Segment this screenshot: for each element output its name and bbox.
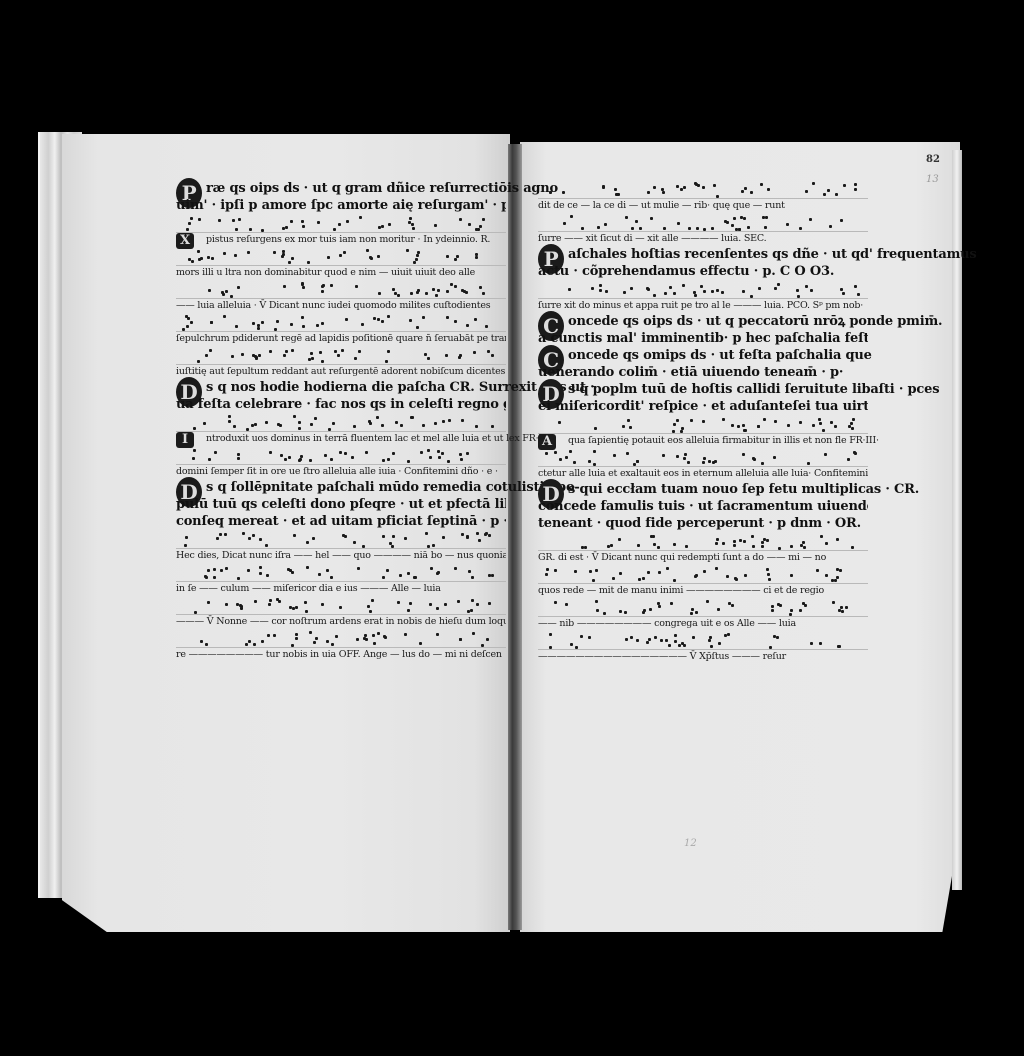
neume-mark [214, 451, 217, 454]
neume-mark [466, 324, 469, 327]
neume-mark [290, 323, 293, 326]
neume-mark [291, 257, 294, 260]
neume-mark [549, 646, 552, 649]
neume-mark [681, 427, 684, 430]
neume-mark [847, 458, 850, 461]
neume-mark [762, 216, 765, 219]
neume-mark [345, 318, 348, 321]
neume-mark [346, 220, 349, 223]
neume-mark [619, 572, 622, 575]
neume-mark [750, 191, 753, 194]
right-page-text: dit de ce — la ce di — ut mulie — rib· q… [538, 180, 868, 664]
neume-mark [660, 639, 663, 642]
neume-mark [185, 536, 188, 539]
neume-mark [700, 285, 703, 288]
neume-mark [676, 185, 679, 188]
neume-mark [448, 419, 451, 422]
neume-mark [774, 420, 777, 423]
neume-mark [812, 424, 815, 427]
neume-mark [625, 216, 628, 219]
neume-mark [477, 228, 480, 231]
neume-mark [491, 574, 494, 577]
neume-mark [570, 643, 573, 646]
neume-mark [289, 569, 292, 572]
neume-mark [190, 321, 193, 324]
neume-mark [430, 567, 433, 570]
neume-mark [378, 226, 381, 229]
neume-mark [424, 353, 427, 356]
neume-mark [716, 538, 719, 541]
neume-mark [274, 328, 277, 331]
neume-mark [589, 570, 592, 573]
neume-mark [429, 456, 432, 459]
neume-mark [595, 600, 598, 603]
chant-text-line: ſurre —— xit ſicut di — xit alle ———— lu… [538, 232, 868, 246]
neume-mark [694, 575, 697, 578]
neume-mark [312, 537, 315, 540]
neume-staff [538, 213, 868, 232]
neume-mark [436, 572, 439, 575]
neume-mark [237, 286, 240, 289]
neume-mark [269, 451, 272, 454]
neume-mark [841, 610, 844, 613]
neume-mark [554, 569, 557, 572]
neume-mark [436, 607, 439, 610]
neume-mark [317, 221, 320, 224]
neume-mark [298, 427, 301, 430]
neume-mark [789, 613, 792, 616]
neume-mark [702, 461, 705, 464]
neume-staff [176, 247, 506, 266]
neume-mark [409, 319, 412, 322]
neume-mark [481, 644, 484, 647]
neume-mark [816, 569, 819, 572]
neume-mark [836, 538, 839, 541]
neume-mark [188, 222, 191, 225]
neume-mark [321, 290, 324, 293]
prayer-text-line: ei miſericordit' reſpice · et aduſanteſe… [538, 398, 868, 415]
neume-mark [646, 287, 649, 290]
neume-mark [411, 223, 414, 226]
neume-mark [584, 546, 587, 549]
neume-mark [635, 220, 638, 223]
neume-mark [209, 349, 212, 352]
neume-mark [683, 186, 686, 189]
neume-mark [245, 643, 248, 646]
neume-mark [622, 425, 625, 428]
neume-mark [248, 640, 251, 643]
neume-mark [269, 350, 272, 353]
neume-mark [484, 533, 487, 536]
neume-mark [682, 284, 685, 287]
neume-mark [283, 354, 286, 357]
neume-mark [834, 579, 837, 582]
neume-mark [331, 643, 334, 646]
neume-mark [763, 538, 766, 541]
neume-staff [538, 415, 868, 434]
neume-mark [568, 288, 571, 291]
neume-mark [302, 325, 305, 328]
neume-mark [237, 577, 240, 580]
neume-mark [851, 546, 854, 549]
neume-mark [387, 315, 390, 318]
neume-staff [538, 180, 868, 199]
neume-mark [653, 543, 656, 546]
neume-mark [742, 290, 745, 293]
neume-mark [332, 422, 335, 425]
neume-mark [252, 354, 255, 357]
neume-mark [304, 601, 307, 604]
neume-mark [366, 249, 369, 252]
neume-mark [773, 635, 776, 638]
neume-mark [637, 544, 640, 547]
neume-mark [282, 253, 285, 256]
neume-mark [726, 221, 729, 224]
neume-mark [242, 532, 245, 535]
neume-mark [744, 574, 747, 577]
neume-mark [420, 451, 423, 454]
chant-text-line: pistus reſurgens ex mor tuis iam non mor… [176, 233, 506, 247]
neume-mark [338, 223, 341, 226]
chant-text-line: mors illi u ltra non dominabitur quod e … [176, 266, 506, 280]
neume-mark [327, 256, 330, 259]
neume-mark [650, 217, 653, 220]
chant-text-line: qua ſapientię potauit eos alleluia firma… [538, 434, 868, 448]
neume-mark [838, 609, 841, 612]
neume-mark [717, 608, 720, 611]
neume-mark [377, 632, 380, 635]
neume-mark [802, 541, 805, 544]
neume-mark [658, 571, 661, 574]
neume-mark [461, 533, 464, 536]
neume-mark [588, 636, 591, 639]
neume-mark [254, 600, 257, 603]
neume-mark [251, 424, 254, 427]
neume-mark [339, 451, 342, 454]
neume-mark [427, 545, 430, 548]
neume-mark [311, 357, 314, 360]
neume-mark [447, 460, 450, 463]
neume-mark [662, 454, 665, 457]
neume-mark [767, 188, 770, 191]
neume-mark [750, 295, 753, 298]
neume-mark [752, 457, 755, 460]
neume-mark [626, 452, 629, 455]
neume-mark [334, 350, 337, 353]
neume-mark [771, 605, 774, 608]
neume-mark [293, 534, 296, 537]
neume-mark [321, 603, 324, 606]
neume-mark [742, 453, 745, 456]
neume-mark [827, 189, 830, 192]
neume-mark [834, 425, 837, 428]
neume-mark [760, 183, 763, 186]
neume-mark [592, 579, 595, 582]
neume-mark [432, 288, 435, 291]
neume-mark [668, 644, 671, 647]
neume-mark [434, 224, 437, 227]
neume-mark [205, 643, 208, 646]
neume-mark [454, 285, 457, 288]
neume-mark [186, 228, 189, 231]
neume-mark [454, 258, 457, 261]
neume-mark [751, 535, 754, 538]
neume-mark [438, 456, 441, 459]
neume-mark [207, 569, 210, 572]
neume-mark [764, 226, 767, 229]
neume-mark [258, 354, 261, 357]
neume-mark [459, 218, 462, 221]
neume-mark [301, 220, 304, 223]
neume-mark [715, 542, 718, 545]
neume-mark [465, 291, 468, 294]
neume-mark [207, 601, 210, 604]
neume-mark [692, 636, 695, 639]
neume-mark [377, 318, 380, 321]
neume-staff [176, 629, 506, 648]
neume-mark [716, 195, 719, 198]
neume-mark [810, 642, 813, 645]
neume-mark [596, 609, 599, 612]
neume-mark [324, 454, 327, 457]
neume-mark [284, 458, 287, 461]
neume-mark [657, 546, 660, 549]
neume-mark [290, 220, 293, 223]
neume-mark [771, 609, 774, 612]
neume-mark [627, 419, 630, 422]
neume-mark [457, 600, 460, 603]
neume-mark [607, 545, 610, 548]
neume-mark [476, 532, 479, 535]
neume-mark [186, 325, 189, 328]
neume-mark [825, 574, 828, 577]
neume-mark [404, 633, 407, 636]
neume-mark [381, 320, 384, 323]
prayer-text-line: s q nos hodie hodierna die paſcha CR. Su… [176, 379, 506, 396]
neume-mark [356, 638, 359, 641]
chant-text-line: ctetur alle luia et exaltauit eos in ete… [538, 467, 868, 481]
neume-mark [854, 188, 857, 191]
open-manuscript: 82 13 12 ræ qs oips ds · ut q gram dñice… [0, 0, 1024, 1056]
neume-mark [575, 646, 578, 649]
neume-mark [255, 356, 258, 359]
neume-mark [676, 419, 679, 422]
neume-mark [684, 453, 687, 456]
neume-mark [630, 287, 633, 290]
neume-mark [591, 287, 594, 290]
neume-mark [417, 251, 420, 254]
neume-mark [850, 422, 853, 425]
neume-mark [213, 568, 216, 571]
neume-staff [176, 346, 506, 365]
neume-mark [722, 418, 725, 421]
neume-mark [273, 251, 276, 254]
neume-mark [823, 193, 826, 196]
prayer-text-line: actu · cõprehendamus effectu · p. C O O3… [538, 263, 868, 280]
neume-mark [353, 425, 356, 428]
neume-mark [444, 603, 447, 606]
neume-mark [851, 427, 854, 430]
chant-text-line: dit de ce — la ce di — ut mulie — rib· q… [538, 199, 868, 213]
neume-mark [738, 228, 741, 231]
neume-mark [300, 455, 303, 458]
neume-mark [309, 631, 312, 634]
neume-mark [326, 569, 329, 572]
neume-mark [742, 424, 745, 427]
neume-mark [743, 217, 746, 220]
neume-mark [358, 350, 361, 353]
neume-mark [599, 284, 602, 287]
neume-mark [265, 544, 268, 547]
neume-mark [646, 641, 649, 644]
neume-mark [839, 569, 842, 572]
neume-mark [654, 636, 657, 639]
neume-mark [482, 292, 485, 295]
neume-mark [381, 225, 384, 228]
neume-mark [364, 634, 367, 637]
neume-mark [241, 353, 244, 356]
neume-mark [383, 635, 386, 638]
neume-mark [252, 534, 255, 537]
neume-mark [191, 260, 194, 263]
prayer-text-line: ræ qs oips ds · ut q gram dñice reſurrec… [176, 180, 506, 197]
neume-mark [470, 609, 473, 612]
neume-mark [385, 360, 388, 363]
neume-mark [344, 452, 347, 455]
neume-mark [371, 599, 374, 602]
chant-text-line: ſurre xit do minus et appa ruit pe tro a… [538, 299, 868, 313]
neume-mark [225, 290, 228, 293]
neume-mark [372, 634, 375, 637]
neume-mark [257, 324, 260, 327]
neume-mark [708, 460, 711, 463]
neume-mark [249, 228, 252, 231]
prayer-text-line: oncede qs oips ds · ut q peccatorū nrōꝝ … [538, 313, 868, 330]
neume-mark [233, 425, 236, 428]
neume-mark [223, 252, 226, 255]
neume-mark [558, 421, 561, 424]
neume-mark [435, 294, 438, 297]
neume-mark [415, 258, 418, 261]
neume-mark [236, 603, 239, 606]
neume-mark [392, 452, 395, 455]
neume-mark [237, 453, 240, 456]
neume-mark [663, 227, 666, 230]
neume-mark [562, 191, 565, 194]
neume-mark [268, 603, 271, 606]
neume-mark [710, 645, 713, 648]
neume-mark [625, 638, 628, 641]
neume-mark [335, 635, 338, 638]
neume-mark [224, 533, 227, 536]
neume-mark [824, 453, 827, 456]
neume-mark [197, 250, 200, 253]
neume-mark [246, 428, 249, 431]
prayer-text-line: conſeq mereat · et ad uitam pficiat ſept… [176, 513, 506, 530]
neume-mark [265, 421, 268, 424]
neume-mark [282, 250, 285, 253]
neume-mark [854, 183, 857, 186]
neume-mark [445, 354, 448, 357]
neume-mark [344, 535, 347, 538]
neume-mark [835, 193, 838, 196]
neume-mark [652, 535, 655, 538]
neume-mark [845, 606, 848, 609]
neume-mark [288, 456, 291, 459]
neume-mark [223, 315, 226, 318]
neume-mark [643, 609, 646, 612]
neume-mark [694, 294, 697, 297]
neume-mark [639, 227, 642, 230]
chant-text-line: —— nib ———————— congrega uit e os Alle —… [538, 617, 868, 631]
neume-mark [237, 457, 240, 460]
neume-mark [254, 423, 257, 426]
neume-mark [427, 449, 430, 452]
neume-mark [595, 569, 598, 572]
neume-mark [382, 576, 385, 579]
neume-mark [259, 566, 262, 569]
neume-mark [273, 634, 276, 637]
neume-mark [339, 254, 342, 257]
folio-number-pencil: 13 [926, 174, 939, 185]
neume-mark [253, 643, 256, 646]
neume-mark [716, 289, 719, 292]
neume-mark [694, 182, 697, 185]
neume-mark [672, 430, 675, 433]
neume-mark [395, 421, 398, 424]
neume-mark [416, 254, 419, 257]
neume-mark [642, 577, 645, 580]
neume-mark [702, 186, 705, 189]
neume-mark [318, 573, 321, 576]
neume-mark [853, 451, 856, 454]
prayer-text-line: uenerando colim̄ · etiā uiuendo teneam̄ … [538, 364, 868, 381]
neume-mark [210, 321, 213, 324]
neume-mark [416, 291, 419, 294]
neume-mark [305, 610, 308, 613]
neume-mark [319, 351, 322, 354]
neume-mark [203, 422, 206, 425]
neume-mark [685, 545, 688, 548]
neume-mark [739, 539, 742, 542]
neume-mark [434, 422, 437, 425]
neume-mark [554, 451, 557, 454]
neume-mark [467, 610, 470, 613]
neume-mark [235, 228, 238, 231]
neume-mark [726, 575, 729, 578]
neume-mark [804, 604, 807, 607]
neume-mark [554, 601, 557, 604]
neume-staff [176, 413, 506, 432]
neume-mark [786, 223, 789, 226]
neume-mark [807, 462, 810, 465]
chant-text-line: —— luia alleluia · V̄ Dicant nunc iudei … [176, 299, 506, 313]
neume-mark [747, 226, 750, 229]
neume-staff [538, 532, 868, 551]
neume-mark [466, 536, 469, 539]
neume-mark [365, 451, 368, 454]
neume-mark [673, 423, 676, 426]
neume-mark [429, 603, 432, 606]
neume-mark [397, 601, 400, 604]
neume-mark [182, 328, 185, 331]
neume-mark [836, 568, 839, 571]
neume-mark [778, 547, 781, 550]
neume-mark [765, 216, 768, 219]
neume-staff [176, 214, 506, 233]
neume-mark [225, 603, 228, 606]
neume-mark [674, 640, 677, 643]
